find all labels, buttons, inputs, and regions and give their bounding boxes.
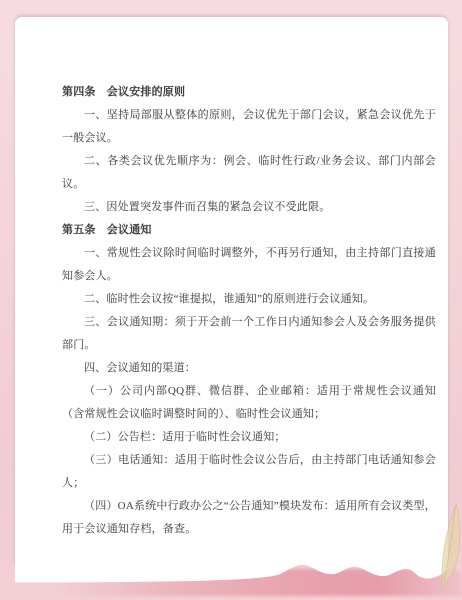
article-4-item-3: 三、因处置突发事件而召集的紧急会议不受此限。 [62,196,436,219]
article-5-item-1: 一、常规性会议除时间临时调整外，不再另行通知，由主持部门直接通知参会人。 [62,242,436,288]
page-background: 第四条 会议安排的原则 一、坚持局部服从整体的原则，会议优先于部门会议，紧急会议… [0,0,462,600]
article-4-item-2: 二、各类会议优先顺序为：例会、临时性行政/业务会议、部门内部会议。 [62,150,436,196]
article-5-channel-2: （二）公告栏：适用于临时性会议通知； [62,426,436,449]
article-5-channel-1: （一）公司内部QQ群、微信群、企业邮箱：适用于常规性会议通知（含常规性会议临时调… [62,380,436,426]
document-content: 第四条 会议安排的原则 一、坚持局部服从整体的原则，会议优先于部门会议，紧急会议… [62,81,436,541]
article-5-item-3: 三、会议通知期：须于开会前一个工作日内通知参会人及会务服务提供部门。 [62,311,436,357]
article-5-heading: 第五条 会议通知 [62,219,436,242]
article-5-channel-3: （三）电话通知：适用于临时性会议公告后，由主持部门电话通知参会人； [62,449,436,495]
article-5-channel-4: （四）OA系统中行政办公之“公告通知”模块发布：适用所有会议类型，用于会议通知存… [62,495,436,541]
article-4-heading: 第四条 会议安排的原则 [62,81,436,104]
document-page: 第四条 会议安排的原则 一、坚持局部服从整体的原则，会议优先于部门会议，紧急会议… [15,17,448,565]
article-4-item-1: 一、坚持局部服从整体的原则，会议优先于部门会议，紧急会议优先于一般会议。 [62,104,436,150]
article-5-item-4: 四、会议通知的渠道： [62,357,436,380]
torn-paper-edge [15,549,448,585]
article-5-item-2: 二、临时性会议按“谁提拟，谁通知”的原则进行会议通知。 [62,288,436,311]
